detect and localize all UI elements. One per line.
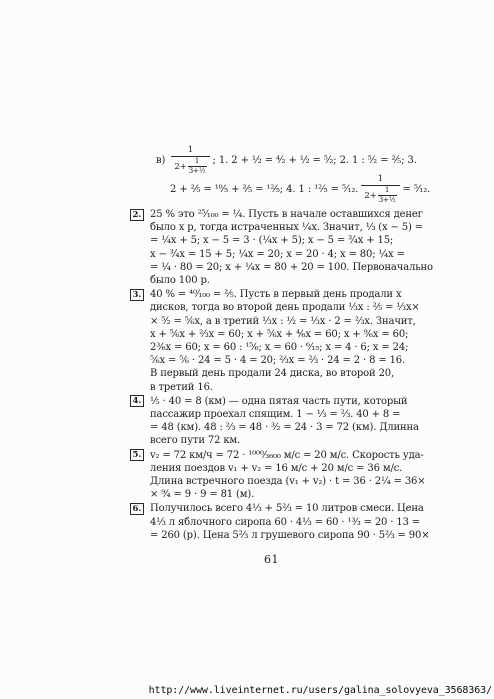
- problem-4: 4. ⅕ · 40 = 8 (км) — одна пятая часть пу…: [150, 395, 393, 448]
- inner-fraction: 1 3+½: [378, 187, 397, 204]
- fraction-denominator: 2+ 1 3+½: [361, 185, 399, 205]
- inner-fraction-numerator: 1: [385, 187, 389, 195]
- text-line: дисков, тогда во второй день продали ⅓x …: [150, 301, 393, 314]
- problem-text: 40 % = ⁴⁰⁄₁₀₀ = ⅖. Пусть в первый день п…: [150, 288, 393, 394]
- text-line: пассажир проехал спящим. 1 − ⅓ = ⅔. 40 +…: [150, 408, 393, 421]
- text-line: всего пути 72 км.: [150, 434, 393, 447]
- text-line: v₂ = 72 км/ч = 72 · ¹⁰⁰⁰⁄₃₆₀₀ м/с = 20 м…: [150, 449, 393, 462]
- problem-text: ⅕ · 40 = 8 (км) — одна пятая часть пути,…: [150, 395, 393, 448]
- watermark-url: http://www.liveinternet.ru/users/galina_…: [149, 685, 492, 696]
- item-label: в): [156, 155, 165, 166]
- text-line: 2³⁄₆x = 60; x = 60 : ¹⁵⁄₆; x = 60 · ⁶⁄₁₅…: [150, 341, 393, 354]
- text-line: 4⅓ л яблочного сиропа 60 · 4⅓ = 60 · ¹³⁄…: [150, 516, 393, 529]
- text-line: Получилось всего 4⅓ + 5⅔ = 10 литров сме…: [150, 502, 393, 515]
- text-line: × ⁵⁄₂ = ⅚x, а в третий ⅓x : ½ = ⅓x · 2 =…: [150, 315, 393, 328]
- text-line: В первый день продали 24 диска, во второ…: [150, 367, 393, 380]
- problem-5: 5. v₂ = 72 км/ч = 72 · ¹⁰⁰⁰⁄₃₆₀₀ м/с = 2…: [150, 449, 393, 502]
- math-text: = ⁵⁄₁₂.: [403, 184, 431, 195]
- problem-text: v₂ = 72 км/ч = 72 · ¹⁰⁰⁰⁄₃₆₀₀ м/с = 20 м…: [150, 449, 393, 502]
- problem-6: 6. Получилось всего 4⅓ + 5⅔ = 10 литров …: [150, 502, 393, 542]
- fraction-den-text: 2+: [364, 192, 376, 201]
- text-line: 25 % это ²⁵⁄₁₀₀ = ¼. Пусть в начале оста…: [150, 208, 393, 221]
- page-number: 61: [150, 553, 393, 566]
- fraction-numerator: 1: [188, 146, 193, 156]
- problem-2: 2. 25 % это ²⁵⁄₁₀₀ = ¼. Пусть в начале о…: [150, 208, 393, 287]
- problem-text: Получилось всего 4⅓ + 5⅔ = 10 литров сме…: [150, 502, 393, 542]
- text-line: x − ¾x = 15 + 5; ¼x = 20; x = 20 · 4; x …: [150, 248, 393, 261]
- continued-fraction: 1 2+ 1 3+½: [171, 146, 209, 176]
- problem-number-box: 4.: [130, 395, 144, 407]
- problem-number-box: 5.: [130, 449, 144, 461]
- inner-fraction-numerator: 1: [195, 158, 199, 166]
- problem-number-box: 6.: [130, 503, 144, 515]
- fraction-denominator: 2+ 1 3+½: [171, 156, 209, 176]
- math-text: ; 1. 2 + ½ = ⁴⁄₂ + ½ = ⁵⁄₂; 2. 1 : ⁵⁄₂ =…: [213, 155, 417, 166]
- inner-fraction-denominator: 3+½: [188, 166, 207, 175]
- text-line: = ¼ · 80 = 20; x + ¼x = 80 + 20 = 100. П…: [150, 261, 393, 274]
- scanned-book-page: в) 1 2+ 1 3+½ ; 1. 2 + ½ = ⁴⁄₂ + ½ = ⁵⁄₂…: [0, 0, 494, 699]
- text-line: x + ⅚x + ⅔x = 60; x + ⅚x + ⁴⁄₆x = 60; x …: [150, 328, 393, 341]
- inner-fraction: 1 3+½: [188, 158, 207, 175]
- inner-fraction-denominator: 3+½: [378, 195, 397, 204]
- problem-text: 25 % это ²⁵⁄₁₀₀ = ¼. Пусть в начале оста…: [150, 208, 393, 287]
- continued-fraction: 1 2+ 1 3+½: [361, 175, 399, 205]
- text-line: ления поездов v₁ + v₂ = 16 м/с + 20 м/с …: [150, 462, 393, 475]
- text-column: в) 1 2+ 1 3+½ ; 1. 2 + ½ = ⁴⁄₂ + ½ = ⁵⁄₂…: [150, 146, 393, 566]
- text-line: 40 % = ⁴⁰⁄₁₀₀ = ⅖. Пусть в первый день п…: [150, 288, 393, 301]
- text-line: = 260 (р). Цена 5⅔ л грушевого сиропа 90…: [150, 529, 393, 542]
- text-line: Длина встречного поезда (v₁ + v₂) · t = …: [150, 475, 393, 488]
- fraction-numerator: 1: [378, 175, 383, 185]
- text-line: = ¼x + 5; x − 5 = 3 · (¼x + 5); x − 5 = …: [150, 234, 393, 247]
- intro-line-2: 2 + ⅖ = ¹⁰⁄₅ + ⅖ = ¹²⁄₅; 4. 1 : ¹²⁄₅ = ⁵…: [156, 175, 393, 204]
- text-line: ⅚x = ⅚ · 24 = 5 · 4 = 20; ⅔x = ⅔ · 24 = …: [150, 354, 393, 367]
- fraction-den-text: 2+: [174, 163, 186, 172]
- intro-line-1: в) 1 2+ 1 3+½ ; 1. 2 + ½ = ⁴⁄₂ + ½ = ⁵⁄₂…: [156, 146, 393, 175]
- text-line: × ⁹⁄₄ = 9 · 9 = 81 (м).: [150, 488, 393, 501]
- problem-number-box: 3.: [130, 289, 144, 301]
- text-line: ⅕ · 40 = 8 (км) — одна пятая часть пути,…: [150, 395, 393, 408]
- text-line: было 100 р.: [150, 274, 393, 287]
- math-text: 2 + ⅖ = ¹⁰⁄₅ + ⅖ = ¹²⁄₅; 4. 1 : ¹²⁄₅ = ⁵…: [170, 184, 358, 195]
- intro-item-v: в) 1 2+ 1 3+½ ; 1. 2 + ½ = ⁴⁄₂ + ½ = ⁵⁄₂…: [156, 146, 393, 204]
- text-line: в третий 16.: [150, 381, 393, 394]
- problem-number-box: 2.: [130, 209, 144, 221]
- text-line: было x р, тогда истраченных ¼x. Значит, …: [150, 221, 393, 234]
- text-line: = 48 (км). 48 : ⅔ = 48 · ³⁄₂ = 24 · 3 = …: [150, 421, 393, 434]
- problem-3: 3. 40 % = ⁴⁰⁄₁₀₀ = ⅖. Пусть в первый ден…: [150, 288, 393, 394]
